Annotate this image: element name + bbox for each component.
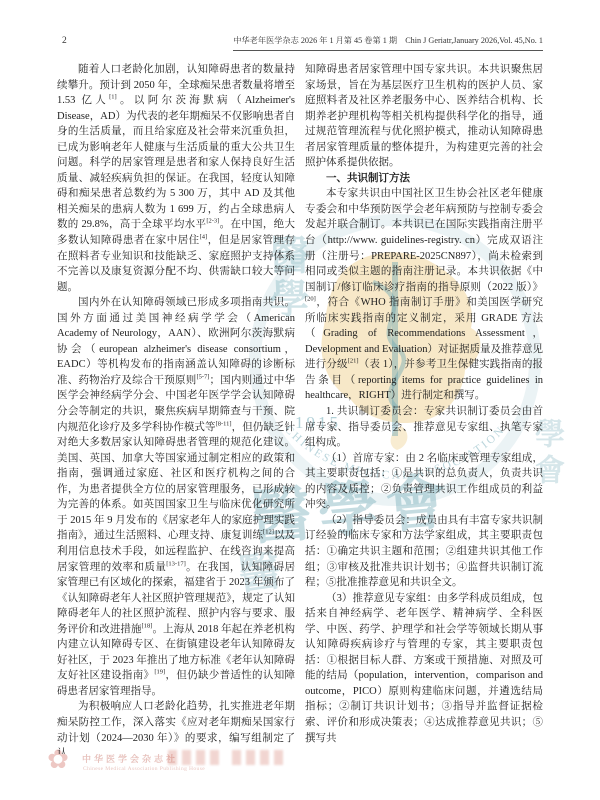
- right-column: 知障碍患者居家管理中国专家共识。本共识聚焦居家场景，旨在为基层医疗卫生机构的医护…: [305, 62, 543, 754]
- paragraph-guidelines-overview: 国内外在认知障碍领域已形成多项指南共识。国外方面通过美国神经病学学会（Ameri…: [57, 295, 295, 699]
- paragraph-steering-committee: （2）指导委员会：成员由具有丰富专家共识制订经验的临床专家和方法学家组成，其主要…: [305, 513, 543, 591]
- paragraph-national-plan: 为积极响应人口老龄化趋势，扎实推进老年期痴呆防控工作，深入落实《应对老年期痴呆国…: [57, 699, 295, 754]
- page-number: 2: [62, 36, 67, 46]
- paragraph-consensus-scope: 知障碍患者居家管理中国专家共识。本共识聚焦居家场景，旨在为基层医疗卫生机构的医护…: [305, 62, 543, 171]
- paragraph-recommendation-group: （3）推荐意见专家组：由多学科成员组成，包括来自神经病学、老年医学、精神病学、全…: [305, 591, 543, 746]
- paragraph-chief-experts: （1）首席专家：由 2 名临床或管理专家组成，其主要职责包括：①是共识的总负责人…: [305, 451, 543, 513]
- paragraph-registration: 本专家共识由中国社区卫生协会社区老年健康专委会和中华预防医学会老年病预防与控制专…: [305, 186, 543, 404]
- section-heading-methods: 一、共识制订方法: [305, 171, 543, 187]
- publisher-name-en: Chinese Medical Association Publishing H…: [83, 766, 205, 772]
- paragraph-intro: 随着人口老龄化加剧，认知障碍患者的数量持续攀升。预计到 2050 年，全球痴呆患…: [57, 62, 295, 295]
- journal-header: 中华老年医学杂志 2026 年 1 月第 45 卷第 1 期 Chin J Ge…: [233, 35, 543, 51]
- paragraph-committee: 1. 共识制订委员会：专家共识制订委员会由首席专家、指导委员会、推荐意见专家组、…: [305, 404, 543, 451]
- left-column: 随着人口老龄化加剧，认知障碍患者的数量持续攀升。预计到 2050 年，全球痴呆患…: [57, 62, 295, 754]
